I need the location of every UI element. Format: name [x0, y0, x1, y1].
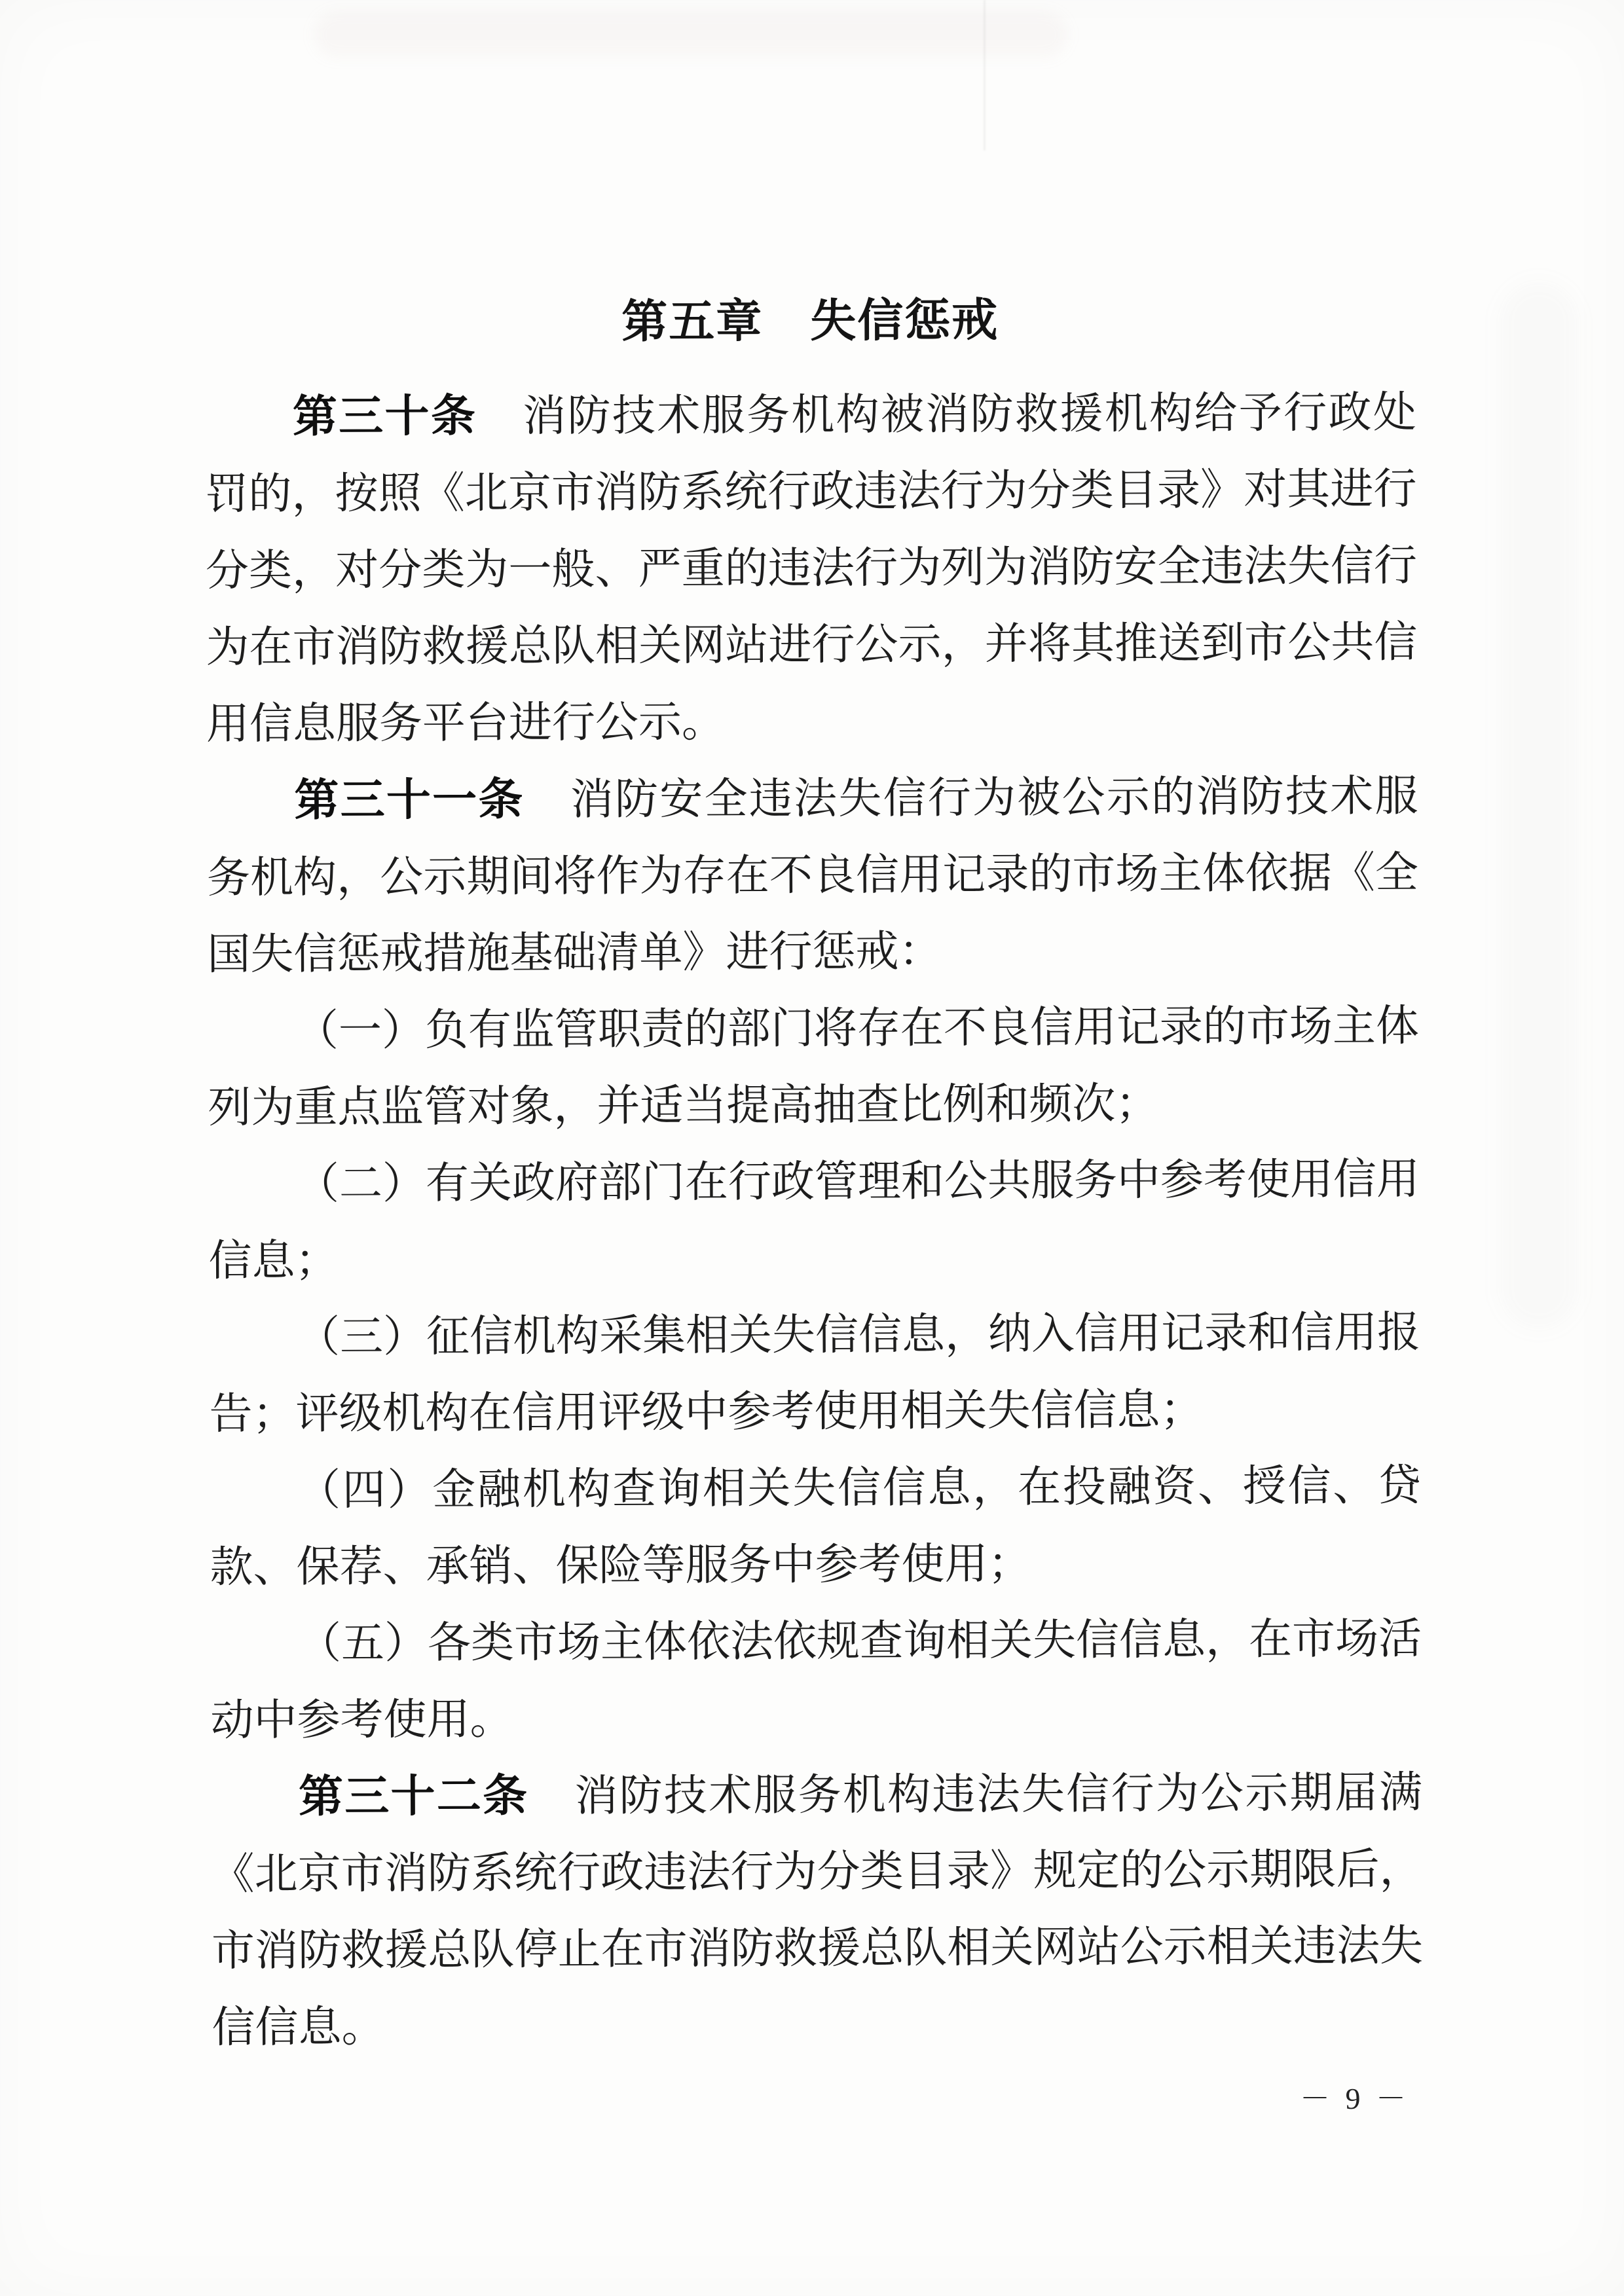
article-number: 第三十一条 — [294, 774, 525, 826]
paragraph-item-4: （四）金融机构查询相关失信信息，在投融资、授信、贷款、保荐、承销、保险等服务中参… — [210, 1448, 1422, 1606]
article-number: 第三十条 — [293, 391, 477, 441]
article-text: （四）金融机构查询相关失信信息，在投融资、授信、贷款、保荐、承销、保险等服务中参… — [210, 1462, 1421, 1592]
paragraph-item-1: （一）负有监管职责的部门将存在不良信用记录的市场主体列为重点监管对象，并适当提高… — [208, 988, 1420, 1146]
scan-artifact-right-bleedthrough — [1500, 282, 1578, 1329]
paragraph-article-32: 第三十二条消防技术服务机构违法失信行为公示期届满《北京市消防系统行政违法行为分类… — [211, 1754, 1424, 2066]
article-number: 第三十二条 — [299, 1771, 529, 1822]
chapter-title: 第五章 失信惩戒 — [204, 285, 1416, 356]
article-text: （一）负有监管职责的部门将存在不良信用记录的市场主体列为重点监管对象，并适当提高… — [208, 1002, 1419, 1132]
scan-artifact-crease — [984, 0, 986, 151]
scan-artifact-top-smudge — [314, 12, 1067, 58]
paragraph-item-5: （五）各类市场主体依法依规查询相关失信信息，在市场活动中参考使用。 — [210, 1601, 1422, 1759]
paragraph-item-2: （二）有关政府部门在行政管理和公共服务中参考使用信用信息； — [208, 1141, 1420, 1300]
page-number: － 9 － — [1300, 2082, 1410, 2116]
paragraph-article-30: 第三十条消防技术服务机构被消防救援机构给予行政处罚的，按照《北京市消防系统行政违… — [205, 374, 1418, 763]
paragraph-article-31: 第三十一条消防安全违法失信行为被公示的消防技术服务机构，公示期间将作为存在不良信… — [206, 757, 1419, 993]
article-text: 消防技术服务机构被消防救援机构给予行政处罚的，按照《北京市消防系统行政违法行为分… — [205, 389, 1417, 748]
article-text: （五）各类市场主体依法依规查询相关失信信息，在市场活动中参考使用。 — [210, 1615, 1422, 1745]
article-paragraphs: 第三十条消防技术服务机构被消防救援机构给予行政处罚的，按照《北京市消防系统行政违… — [205, 374, 1424, 2066]
article-text: （三）征信机构采集相关失信信息，纳入信用记录和信用报告；评级机构在信用评级中参考… — [209, 1309, 1420, 1438]
page-content: 第五章 失信惩戒 第三十条消防技术服务机构被消防救援机构给予行政处罚的，按照《北… — [204, 285, 1424, 2066]
article-text: （二）有关政府部门在行政管理和公共服务中参考使用信用信息； — [208, 1156, 1420, 1285]
document-page: 第五章 失信惩戒 第三十条消防技术服务机构被消防救援机构给予行政处罚的，按照《北… — [0, 0, 1624, 2296]
paragraph-item-3: （三）征信机构采集相关失信信息，纳入信用记录和信用报告；评级机构在信用评级中参考… — [209, 1294, 1421, 1453]
